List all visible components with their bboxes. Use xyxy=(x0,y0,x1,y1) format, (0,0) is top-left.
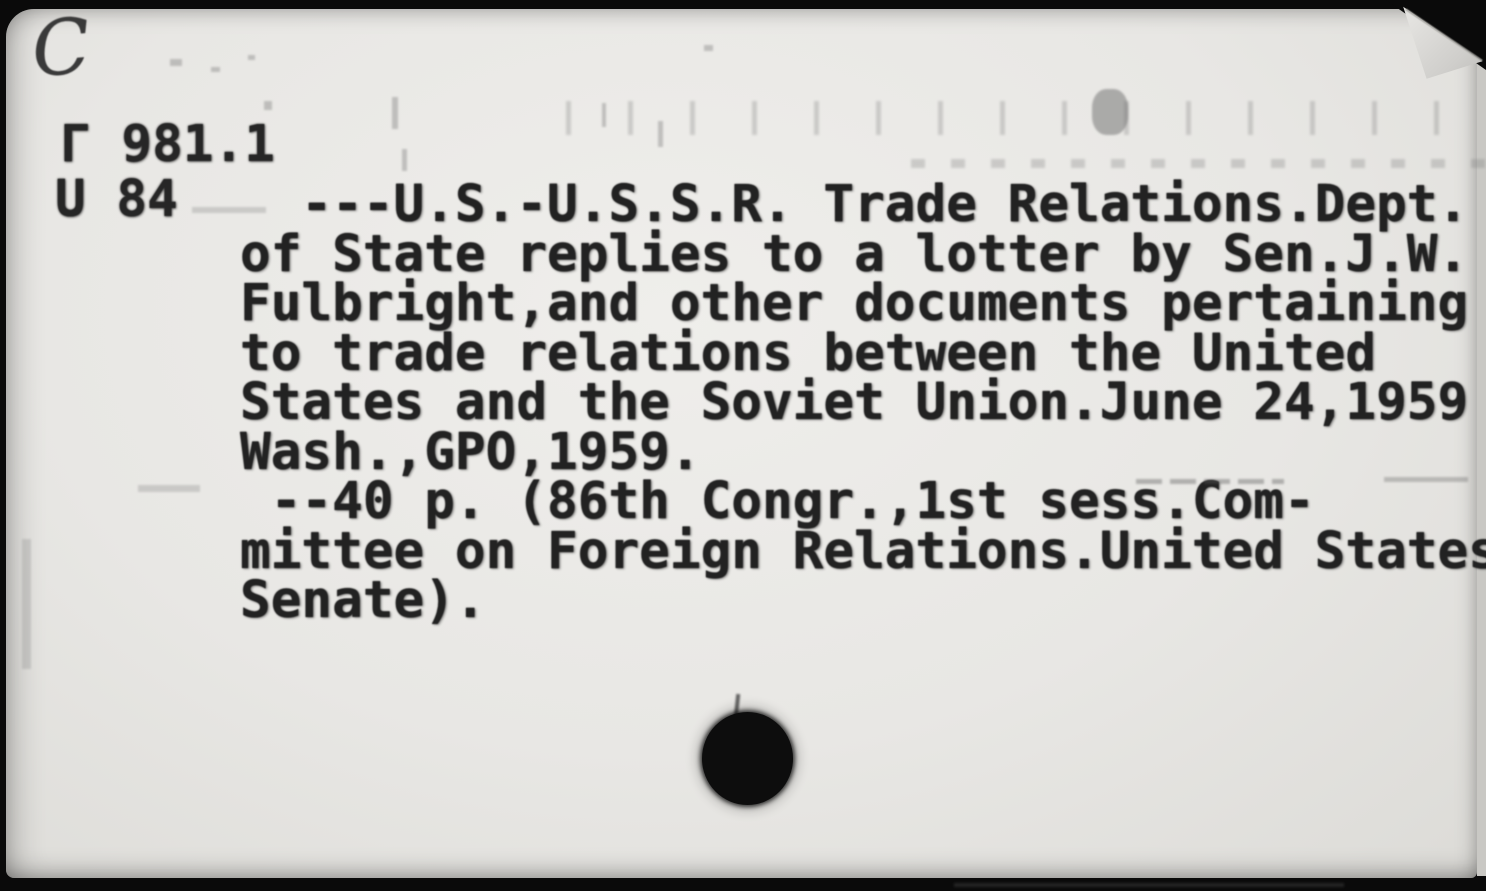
scan-speck xyxy=(402,149,407,171)
scan-smudge xyxy=(192,207,266,213)
scan-smudge xyxy=(1136,479,1284,484)
scan-speck xyxy=(658,121,663,147)
entry-line: of State replies to a lotter by Sen.J.W. xyxy=(240,230,1486,280)
scan-smudge xyxy=(954,883,1344,887)
scan-speck xyxy=(264,101,272,110)
ghost-impression-row xyxy=(911,159,1486,168)
call-number-line-2: U 84 xyxy=(55,170,178,229)
scan-speck xyxy=(170,59,182,66)
ghost-impression-row xyxy=(566,101,1486,135)
scan-speck xyxy=(602,103,606,127)
scan-smudge xyxy=(138,485,200,492)
entry-line: --40 p. (86th Congr.,1st sess.Com- xyxy=(240,477,1486,527)
scan-speck xyxy=(211,67,220,72)
scanned-catalog-card-page: C Г 981.1 U 84 ---U.S.-U.S.S.R. Trade Re… xyxy=(0,0,1486,891)
scan-smudge xyxy=(22,539,31,669)
entry-line: Senate). xyxy=(240,576,1486,626)
entry-line: Fulbright,and other documents pertaining xyxy=(240,279,1486,329)
scan-speck xyxy=(704,45,713,51)
entry-line: Wash.,GPO,1959. xyxy=(240,428,1486,478)
scan-smudge xyxy=(1384,477,1468,482)
handwritten-letter-c: C xyxy=(28,1,94,95)
hole-punch-dot xyxy=(702,712,793,805)
entry-line: States and the Soviet Union.June 24,1959 xyxy=(240,378,1486,428)
call-number-line-1: Г 981.1 xyxy=(60,115,275,174)
typewritten-entry: ---U.S.-U.S.S.R. Trade Relations.Dept. o… xyxy=(240,180,1486,626)
entry-line: to trade relations between the United xyxy=(240,329,1486,379)
scan-speck xyxy=(248,55,255,60)
entry-line: ---U.S.-U.S.S.R. Trade Relations.Dept. xyxy=(240,180,1486,230)
catalog-card: C Г 981.1 U 84 ---U.S.-U.S.S.R. Trade Re… xyxy=(6,9,1477,878)
entry-line: mittee on Foreign Relations.United State… xyxy=(240,527,1486,577)
scan-speck xyxy=(392,97,398,129)
scan-smudge xyxy=(1092,89,1128,135)
